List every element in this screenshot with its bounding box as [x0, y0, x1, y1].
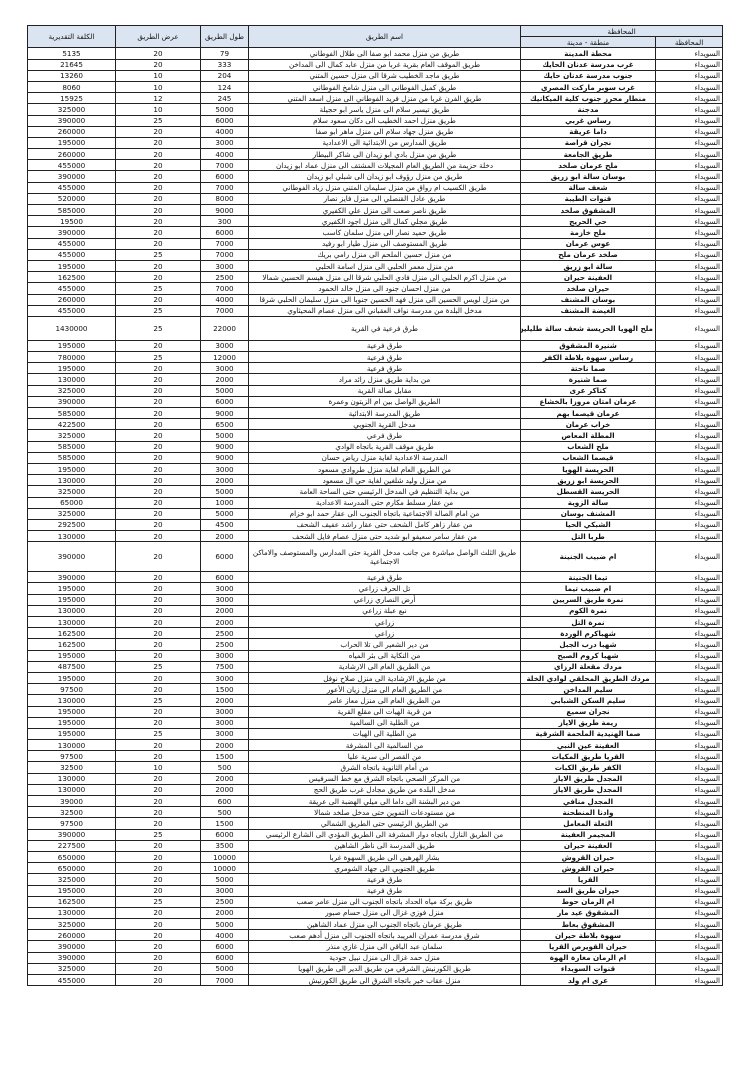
road-width-cell: 20	[116, 238, 201, 249]
governorate-cell: السويداء	[656, 374, 723, 385]
road-length-cell: 3000	[201, 463, 249, 474]
governorate-cell: السويداء	[656, 572, 723, 583]
road-length-cell: 204	[201, 70, 249, 81]
table-row: السويداءصما الهنيدية الملحمة الشرقيةمن ا…	[28, 728, 723, 739]
road-length-cell: 9000	[201, 441, 249, 452]
road-length-cell: 10000	[201, 851, 249, 862]
region-cell: الحريسة ابو زريق	[521, 475, 656, 486]
region-cell: منطار محرز جنوب كلية الميكانيك	[521, 93, 656, 104]
estimated-cost-cell: 130000	[28, 531, 116, 542]
road-name-cell: منزل عقاب خير باتجاه الشرق الى طريق الكو…	[249, 975, 521, 986]
governorate-cell: السويداء	[656, 863, 723, 874]
road-name-cell: من الطريق النازل باتجاه دوار المشرفة الى…	[249, 829, 521, 840]
road-name-cell: من النكاية الى بئر المياه	[249, 650, 521, 661]
table-row: السويداءملح عرمان صلخددخلة حزيمة من الطر…	[28, 160, 723, 171]
region-cell: ملح عرمان صلخد	[521, 160, 656, 171]
table-row: السويداءحي الحريجطريق مجلي كمال الى منزل…	[28, 216, 723, 227]
road-length-cell: 600	[201, 796, 249, 807]
road-length-cell: 6000	[201, 542, 249, 572]
estimated-cost-cell: 390000	[28, 171, 116, 182]
table-row: السويداءشهبا كروم الصبحمن النكاية الى بئ…	[28, 650, 723, 661]
table-row: السويداءحيران طريق السدطرق فرعية30002019…	[28, 885, 723, 896]
road-length-cell: 6000	[201, 227, 249, 238]
road-name-cell: من منزل احسان جنود الى منزل خالد الحمود	[249, 283, 521, 294]
road-name-cell: من المركز الصحي باتجاه الشرق مع خط السرف…	[249, 773, 521, 784]
table-row: السويداءقنوات السويداءطريق الكورنيش الشر…	[28, 963, 723, 974]
road-name-cell: طريق المستوصف الى منزل طيار ابو رفيد	[249, 238, 521, 249]
governorate-cell: السويداء	[656, 59, 723, 70]
governorate-cell: السويداء	[656, 751, 723, 762]
estimated-cost-cell: 195000	[28, 728, 116, 739]
table-row: السويداءمدجنةطريق تيسير سلام الى منزل يا…	[28, 104, 723, 115]
estimated-cost-cell: 130000	[28, 605, 116, 616]
table-row: السويداءنمرة التلزراعي200020130000	[28, 617, 723, 628]
estimated-cost-cell: 5135	[28, 48, 116, 59]
estimated-cost-cell: 455000	[28, 305, 116, 316]
road-name-cell: من منزل لويس الحسين الى منزل فهد الحسين …	[249, 294, 521, 305]
estimated-cost-cell: 780000	[28, 352, 116, 363]
road-name-cell: طريق الكسيب ام رواق من منزل سليمان المتن…	[249, 182, 521, 193]
road-name-cell: من امام الصالة الاجتماعية باتجاه الجنوب …	[249, 508, 521, 519]
table-row: السويداءصلخد عرمان ملحمن منزل حسين الملح…	[28, 249, 723, 260]
region-cell: سهوة بلاطة حيران	[521, 930, 656, 941]
governorate-cell: السويداء	[656, 829, 723, 840]
road-name-cell: من القصر الى سرية عليا	[249, 751, 521, 762]
governorate-cell: السويداء	[656, 907, 723, 918]
estimated-cost-header: الكلفة التقديرية	[28, 26, 116, 48]
road-width-cell: 20	[116, 272, 201, 283]
road-name-cell: من طريق الارشادية الى منزل صلاح نوفل	[249, 672, 521, 683]
road-width-cell: 20	[116, 486, 201, 497]
road-length-cell: 6000	[201, 115, 249, 126]
table-row: السويداءقيصما الشعابالمدرسة الاعدادية لغ…	[28, 452, 723, 463]
road-length-cell: 7000	[201, 160, 249, 171]
table-row: السويداءعرمان قيصما بهمطريق المدرسة الاب…	[28, 408, 723, 419]
region-cell: ام ضبيب الجنينة	[521, 542, 656, 572]
table-row: السويداءالمشقوق عيد مارمنزل فوزي غزال ال…	[28, 907, 723, 918]
road-width-cell: 25	[116, 695, 201, 706]
governorate-cell: السويداء	[656, 508, 723, 519]
road-length-cell: 9000	[201, 452, 249, 463]
region-cell: كناكر عرى	[521, 385, 656, 396]
road-name-cell: من منزل وليد شلغين لغاية حي ال مسعود	[249, 475, 521, 486]
road-name-cell: من قرية الهيات الى مقلع القرية	[249, 706, 521, 717]
region-cell: صما ناحتة	[521, 363, 656, 374]
road-name-cell: من الطلية الى الهيات	[249, 728, 521, 739]
table-row: السويداءطريق الجامعةطريق من منزل بادي اب…	[28, 149, 723, 160]
table-row: السويداءبوسان سالة ابو زريقطريق من منزل …	[28, 171, 723, 182]
road-width-cell: 20	[116, 617, 201, 628]
estimated-cost-cell: 15925	[28, 93, 116, 104]
governorate-cell: السويداء	[656, 340, 723, 351]
road-length-cell: 2000	[201, 374, 249, 385]
road-length-cell: 4000	[201, 149, 249, 160]
road-name-cell: طريق منزل احمد الخطيب الى دكان سعود سلام	[249, 115, 521, 126]
road-name-cell: طرق فرعي	[249, 430, 521, 441]
estimated-cost-cell: 195000	[28, 583, 116, 594]
governorate-cell: السويداء	[656, 617, 723, 628]
road-name-cell: بشار الهرهبي الى طريق السهوة غربا	[249, 851, 521, 862]
governorate-cell: السويداء	[656, 684, 723, 695]
region-cell: طربا التل	[521, 531, 656, 542]
road-length-cell: 6000	[201, 941, 249, 952]
region-cell: حيران القروش	[521, 863, 656, 874]
estimated-cost-cell: 130000	[28, 784, 116, 795]
governorate-cell: السويداء	[656, 519, 723, 530]
region-cell: حيران القويرص القريا	[521, 941, 656, 952]
region-cell: غرب مدرسة عدنان الحايك	[521, 59, 656, 70]
estimated-cost-cell: 325000	[28, 385, 116, 396]
road-length-cell: 5000	[201, 874, 249, 885]
region-cell: عرى ام ولد	[521, 975, 656, 986]
region-cell: وادنا المنطحنة	[521, 807, 656, 818]
region-cell: عرمان امتان مروزا بالخشاع	[521, 396, 656, 407]
road-length-cell: 3000	[201, 728, 249, 739]
road-name-cell: طريق من منزل محمد ابو صفا الى طلال الفوط…	[249, 48, 521, 59]
region-cell: مردك الطريق المحلقي لوادي الخلة	[521, 672, 656, 683]
table-row: السويداءالقريا طريق المكياتمن القصر الى …	[28, 751, 723, 762]
road-name-cell: من أمام الثانوية باتجاه الشرق	[249, 762, 521, 773]
table-row: السويداءصما ناحتةطرق فرعية300020195000	[28, 363, 723, 374]
road-width-cell: 20	[116, 363, 201, 374]
road-length-header: طول الطريق	[201, 26, 249, 48]
governorate-cell: السويداء	[656, 706, 723, 717]
region-cell: صما الهنيدية الملحمة الشرقية	[521, 728, 656, 739]
table-row: السويداءسالة ابو زريقمن منزل معمر الحلبي…	[28, 260, 723, 271]
road-name-cell: طريق من منزل بادي ابو زيدان الى شاكر الب…	[249, 149, 521, 160]
governorate-cell: السويداء	[656, 975, 723, 986]
road-name-cell: من منزل معمر الحلبي الى منزل اسامة الحلب…	[249, 260, 521, 271]
road-width-cell: 20	[116, 941, 201, 952]
road-name-cell: طريق مجلي كمال الى منزل اجود الكفيري	[249, 216, 521, 227]
road-length-cell: 6000	[201, 829, 249, 840]
road-name-cell: من بداية طريق منزل رائد مراد	[249, 374, 521, 385]
governorate-cell: السويداء	[656, 171, 723, 182]
road-width-cell: 20	[116, 508, 201, 519]
road-name-cell: طريق عرمان باتجاه الجنوب الى منزل عماد ا…	[249, 919, 521, 930]
governorate-cell: السويداء	[656, 115, 723, 126]
table-row: السويداءام ضبيب تيماتل الحرف زراعي300020…	[28, 583, 723, 594]
table-row: السويداءام ضبيب الجنينةطريق الثلث الواصل…	[28, 542, 723, 572]
road-length-cell: 5000	[201, 508, 249, 519]
estimated-cost-cell: 325000	[28, 104, 116, 115]
governorate-cell: السويداء	[656, 430, 723, 441]
estimated-cost-cell: 130000	[28, 475, 116, 486]
region-cell: طريق الجامعة	[521, 149, 656, 160]
road-name-cell: طريق الفرن غربا من منزل فريد الفوطاني ال…	[249, 93, 521, 104]
governorate-header: المحافظة	[656, 37, 723, 48]
governorate-cell: السويداء	[656, 762, 723, 773]
road-width-cell: 20	[116, 385, 201, 396]
road-length-cell: 8000	[201, 193, 249, 204]
road-width-cell: 12	[116, 93, 201, 104]
region-cell: شهباكرم الوردة	[521, 628, 656, 639]
table-row: السويداءالمشقوق صلخدطريق ناصر صعب الى من…	[28, 205, 723, 216]
road-width-cell: 20	[116, 430, 201, 441]
estimated-cost-cell: 130000	[28, 617, 116, 628]
table-row: السويداءغرب سوبر ماركت المصريطريق كميل ا…	[28, 81, 723, 92]
region-cell: الحريسة الهويا	[521, 463, 656, 474]
region-cell: بوسان سالة ابو زريق	[521, 171, 656, 182]
road-name-cell: مدخل البلدة من مدرسة نواف العقباني الى م…	[249, 305, 521, 316]
table-row: السويداءحيران القويرص القرياسلمان عبد ال…	[28, 941, 723, 952]
governorate-cell: السويداء	[656, 396, 723, 407]
governorate-cell: السويداء	[656, 605, 723, 616]
table-row: السويداءشعف سالةطريق الكسيب ام رواق من م…	[28, 182, 723, 193]
road-width-cell: 20	[116, 751, 201, 762]
estimated-cost-cell: 260000	[28, 930, 116, 941]
road-width-cell: 20	[116, 851, 201, 862]
road-name-cell: دخلة حزيمة من الطريق العام المجيلات المش…	[249, 160, 521, 171]
governorate-cell: السويداء	[656, 639, 723, 650]
governorate-cell: السويداء	[656, 205, 723, 216]
road-length-cell: 9000	[201, 205, 249, 216]
road-width-cell: 10	[116, 104, 201, 115]
road-width-cell: 20	[116, 531, 201, 542]
governorate-cell: السويداء	[656, 531, 723, 542]
road-name-cell: نبع عبلة زراعي	[249, 605, 521, 616]
road-length-cell: 2000	[201, 784, 249, 795]
road-width-cell: 20	[116, 650, 201, 661]
region-cell: المجدل منافي	[521, 796, 656, 807]
governorate-cell: السويداء	[656, 941, 723, 952]
table-row: السويداءحيران القروشطريق الجنوبي الى جها…	[28, 863, 723, 874]
governorate-cell: السويداء	[656, 583, 723, 594]
region-cell: حيران القروش	[521, 851, 656, 862]
governorate-cell: السويداء	[656, 672, 723, 683]
region-cell: المشقوق عيد مار	[521, 907, 656, 918]
table-row: السويداءنمرة طريق السريينأرض النصاري زرا…	[28, 594, 723, 605]
road-name-cell: من الطريق العام الى الارشادية	[249, 661, 521, 672]
road-width-cell: 20	[116, 193, 201, 204]
table-row: السويداءنجران سميعمن قرية الهيات الى مقل…	[28, 706, 723, 717]
estimated-cost-cell: 325000	[28, 919, 116, 930]
road-length-cell: 2500	[201, 896, 249, 907]
road-name-cell: طريق ناصر صعب الى منزل علي الكفيري	[249, 205, 521, 216]
table-row: السويداءملح خازمةطريق حميد نصار الى منزل…	[28, 227, 723, 238]
road-width-cell: 20	[116, 773, 201, 784]
estimated-cost-cell: 455000	[28, 975, 116, 986]
road-width-cell: 20	[116, 260, 201, 271]
road-length-cell: 2000	[201, 605, 249, 616]
road-width-header: عرض الطريق	[116, 26, 201, 48]
governorate-cell: السويداء	[656, 193, 723, 204]
road-length-cell: 500	[201, 762, 249, 773]
table-row: السويداءداما عريقةطريق منزل جهاد سلام ال…	[28, 126, 723, 137]
road-length-cell: 4500	[201, 519, 249, 530]
governorate-cell: السويداء	[656, 104, 723, 115]
road-length-cell: 3000	[201, 340, 249, 351]
region-cell: القريا	[521, 874, 656, 885]
region-cell: القريا طريق المكيات	[521, 751, 656, 762]
governorate-cell: السويداء	[656, 807, 723, 818]
estimated-cost-cell: 162500	[28, 639, 116, 650]
estimated-cost-cell: 195000	[28, 363, 116, 374]
table-row: السويداءخراب عرمانمدخل القرية الجنوبي650…	[28, 419, 723, 430]
governorate-cell: السويداء	[656, 216, 723, 227]
estimated-cost-cell: 520000	[28, 193, 116, 204]
region-cell: شهبا كروم الصبح	[521, 650, 656, 661]
road-width-cell: 20	[116, 672, 201, 683]
road-width-cell: 20	[116, 374, 201, 385]
estimated-cost-cell: 195000	[28, 706, 116, 717]
region-cell: الغيضة المشنف	[521, 305, 656, 316]
table-row: السويداءنجران قراصةطريق المدارس من الابت…	[28, 137, 723, 148]
road-width-cell: 20	[116, 605, 201, 616]
estimated-cost-cell: 97500	[28, 684, 116, 695]
estimated-cost-cell: 585000	[28, 205, 116, 216]
region-cell: قنوات الطيبة	[521, 193, 656, 204]
governorate-cell: السويداء	[656, 452, 723, 463]
road-name-cell: منزل حمد غزال الى منزل نبيل جودية	[249, 952, 521, 963]
road-width-cell: 20	[116, 807, 201, 818]
road-length-cell: 9000	[201, 408, 249, 419]
governorate-cell: السويداء	[656, 182, 723, 193]
governorate-cell: السويداء	[656, 419, 723, 430]
governorate-cell: السويداء	[656, 294, 723, 305]
table-row: السويداءملح الشعابطريق موقف القرية باتجا…	[28, 441, 723, 452]
road-width-cell: 20	[116, 340, 201, 351]
estimated-cost-cell: 390000	[28, 227, 116, 238]
road-name-cell: طرق فرعية	[249, 572, 521, 583]
estimated-cost-cell: 130000	[28, 374, 116, 385]
governorate-cell: السويداء	[656, 352, 723, 363]
governorate-cell: السويداء	[656, 818, 723, 829]
road-length-cell: 3000	[201, 717, 249, 728]
region-cell: الحريسة القسطل	[521, 486, 656, 497]
governorate-cell: السويداء	[656, 919, 723, 930]
region-cell: سليم المداخن	[521, 684, 656, 695]
road-name-cell: زراعي	[249, 628, 521, 639]
road-width-cell: 20	[116, 952, 201, 963]
road-name-cell: طريق عادل القنصلي الى منزل فايز نصار	[249, 193, 521, 204]
estimated-cost-cell: 650000	[28, 851, 116, 862]
region-cell: ملح خازمة	[521, 227, 656, 238]
road-name-cell: مقابل صالة القرية	[249, 385, 521, 396]
road-width-cell: 20	[116, 419, 201, 430]
road-name-cell: الطريق الواصل بين ام الزيتون وعمرة	[249, 396, 521, 407]
governorate-cell: السويداء	[656, 885, 723, 896]
table-row: السويداءنمرة الكومنبع عبلة زراعي20002013…	[28, 605, 723, 616]
estimated-cost-cell: 325000	[28, 874, 116, 885]
road-width-cell: 20	[116, 205, 201, 216]
road-name-cell: طريق المدرسة الابتدائية	[249, 408, 521, 419]
road-name-cell: من السالمية الى المشرفة	[249, 740, 521, 751]
road-width-cell: 20	[116, 463, 201, 474]
region-cell: ملح الهويا الحريسة شعف سالة طليلين	[521, 316, 656, 340]
table-row: السويداءرساس غربيطريق منزل احمد الخطيب ا…	[28, 115, 723, 126]
road-length-cell: 3000	[201, 672, 249, 683]
road-width-cell: 20	[116, 542, 201, 572]
governorate-cell: السويداء	[656, 363, 723, 374]
road-name-cell: طريق الجنوبي الى جهاد الشومري	[249, 863, 521, 874]
road-width-cell: 25	[116, 352, 201, 363]
road-width-cell: 25	[116, 829, 201, 840]
road-name-cell: طريق موقف القرية باتجاه الوادي	[249, 441, 521, 452]
region-cell: بوسان المشنف	[521, 294, 656, 305]
road-width-cell: 20	[116, 907, 201, 918]
table-row: السويداءغرب مدرسة عدنان الحايكطريق الموق…	[28, 59, 723, 70]
governorate-cell: السويداء	[656, 441, 723, 452]
governorate-cell: السويداء	[656, 81, 723, 92]
road-width-cell: 25	[116, 896, 201, 907]
road-width-cell: 20	[116, 137, 201, 148]
table-row: السويداءالعفينة حيرانطريق المدرسة الى نا…	[28, 840, 723, 851]
estimated-cost-cell: 162500	[28, 628, 116, 639]
region-cell: نجران سميع	[521, 706, 656, 717]
road-length-cell: 7000	[201, 182, 249, 193]
road-width-cell: 25	[116, 115, 201, 126]
estimated-cost-cell: 325000	[28, 430, 116, 441]
region-cell: مردك مقعلة الرزاي	[521, 661, 656, 672]
region-cell: سالة الزوية	[521, 497, 656, 508]
road-name-cell: مدخل البلدة من طريق مجادل غرب طريق الحج	[249, 784, 521, 795]
governorate-cell: السويداء	[656, 137, 723, 148]
road-width-cell: 20	[116, 160, 201, 171]
road-name-cell: طريق الثلث الواصل مباشرة من جانب مدخل ال…	[249, 542, 521, 572]
region-cell: ام الرمان مغارة الهوة	[521, 952, 656, 963]
road-length-cell: 5000	[201, 486, 249, 497]
region-cell: محطة المدينة	[521, 48, 656, 59]
table-row: السويداءالشبكي الحيامن عقار زاهر كامل ال…	[28, 519, 723, 530]
road-length-cell: 2000	[201, 740, 249, 751]
table-row: السويداءرساس سهوة بلاطة الكفرطرق فرعية12…	[28, 352, 723, 363]
governorate-cell: السويداء	[656, 874, 723, 885]
road-width-cell: 25	[116, 316, 201, 340]
road-length-cell: 3000	[201, 594, 249, 605]
region-cell: خراب عرمان	[521, 419, 656, 430]
region-cell: العفينة حيران	[521, 272, 656, 283]
road-width-cell: 20	[116, 171, 201, 182]
road-length-cell: 3000	[201, 885, 249, 896]
table-row: السويداءالمجدل منافيمن دير البشنة الى دا…	[28, 796, 723, 807]
estimated-cost-cell: 195000	[28, 650, 116, 661]
road-length-cell: 3000	[201, 706, 249, 717]
estimated-cost-cell: 390000	[28, 396, 116, 407]
road-name-cell: طرق فرعية	[249, 874, 521, 885]
road-length-cell: 245	[201, 93, 249, 104]
road-width-cell: 25	[116, 661, 201, 672]
table-row: السويداءالكفر طريق الكباتمن أمام الثانوي…	[28, 762, 723, 773]
table-row: السويداءتيما الجنينةطرق فرعية60002039000…	[28, 572, 723, 583]
table-row: السويداءمردك مقعلة الرزايمن الطريق العام…	[28, 661, 723, 672]
road-length-cell: 3000	[201, 137, 249, 148]
road-name-cell: طريق الموقف العام بقرية غربا من منزل عاب…	[249, 59, 521, 70]
region-cell: المطلة المعاص	[521, 430, 656, 441]
estimated-cost-cell: 260000	[28, 149, 116, 160]
governorate-cell: السويداء	[656, 896, 723, 907]
estimated-cost-cell: 195000	[28, 137, 116, 148]
road-name-cell: شرق مدرسة عمران العريبد باتجاه الجنوب ال…	[249, 930, 521, 941]
estimated-cost-cell: 325000	[28, 963, 116, 974]
road-width-cell: 25	[116, 283, 201, 294]
road-name-cell: طريق حميد نصار الى منزل سلمان كاسب	[249, 227, 521, 238]
road-width-cell: 20	[116, 639, 201, 650]
road-width-cell: 20	[116, 441, 201, 452]
governorate-cell: السويداء	[656, 70, 723, 81]
road-width-cell: 20	[116, 963, 201, 974]
road-length-cell: 7000	[201, 249, 249, 260]
region-cell: المجدل طريق الاياز	[521, 773, 656, 784]
road-length-cell: 2500	[201, 272, 249, 283]
governorate-cell: السويداء	[656, 717, 723, 728]
road-length-cell: 3000	[201, 260, 249, 271]
table-row: السويداءملح الهويا الحريسة شعف سالة طليل…	[28, 316, 723, 340]
road-name-cell: طريق ماجد الخطيب شرقا الى منزل حسين المت…	[249, 70, 521, 81]
region-cell: شعف سالة	[521, 182, 656, 193]
estimated-cost-cell: 390000	[28, 572, 116, 583]
road-width-cell: 20	[116, 572, 201, 583]
